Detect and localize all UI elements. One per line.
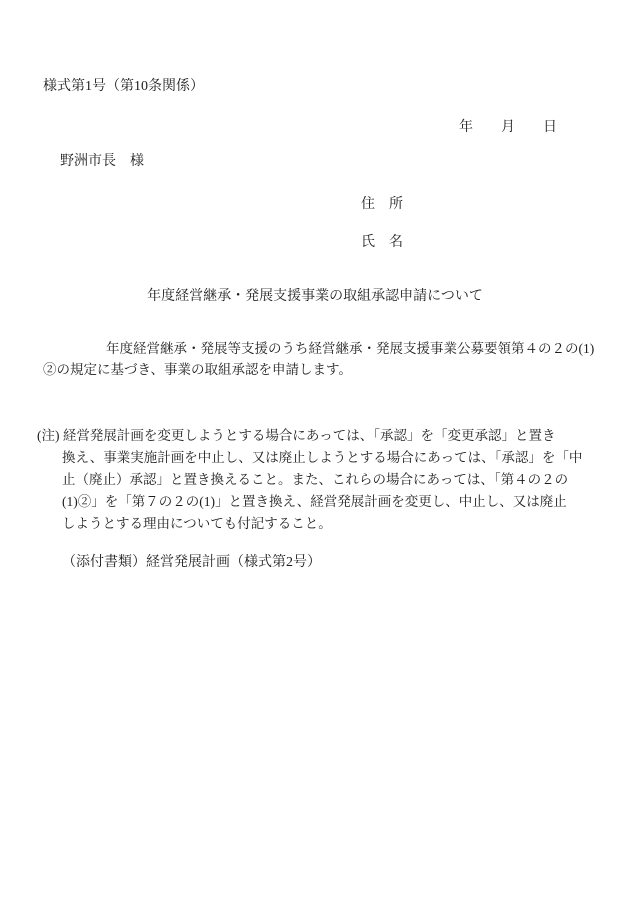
date-line: 年 月 日 bbox=[459, 119, 557, 137]
address-label: 住 所 bbox=[361, 196, 403, 214]
note-line-2: 換え、事業実施計画を中止し、又は廃止しようとする場合にあっては、「承認」を「中 bbox=[62, 449, 582, 467]
addressee: 野洲市長 様 bbox=[60, 153, 144, 171]
note-line-3: 止（廃止）承認」と置き換えること。また、これらの場合にあっては、「第４の２の bbox=[62, 471, 568, 489]
name-label: 氏 名 bbox=[361, 234, 403, 252]
body-paragraph-line-2: ②の規定に基づき、事業の取組承認を申請します。 bbox=[43, 361, 352, 379]
form-number: 様式第1号（第10条関係） bbox=[43, 78, 204, 96]
document-page: 様式第1号（第10条関係） 年 月 日 野洲市長 様 住 所 氏 名 年度経営継… bbox=[0, 0, 630, 903]
note-line-4: (1)②」を「第７の２の(1)」と置き換え、経営発展計画を変更し、中止し、又は廃… bbox=[62, 493, 567, 511]
attachment-line: （添付書類）経営発展計画（様式第2号） bbox=[62, 554, 321, 572]
document-title: 年度経営継承・発展支援事業の取組承認申請について bbox=[0, 288, 630, 306]
body-paragraph-line-1: 年度経営継承・発展等支援のうち経営継承・発展支援事業公募要領第４の２の(1) bbox=[106, 340, 594, 358]
note-line-1: (注) 経営発展計画を変更しようとする場合にあっては、「承認」を「変更承認」と置… bbox=[37, 427, 555, 445]
note-line-5: しようとする理由についても付記すること。 bbox=[62, 515, 332, 533]
